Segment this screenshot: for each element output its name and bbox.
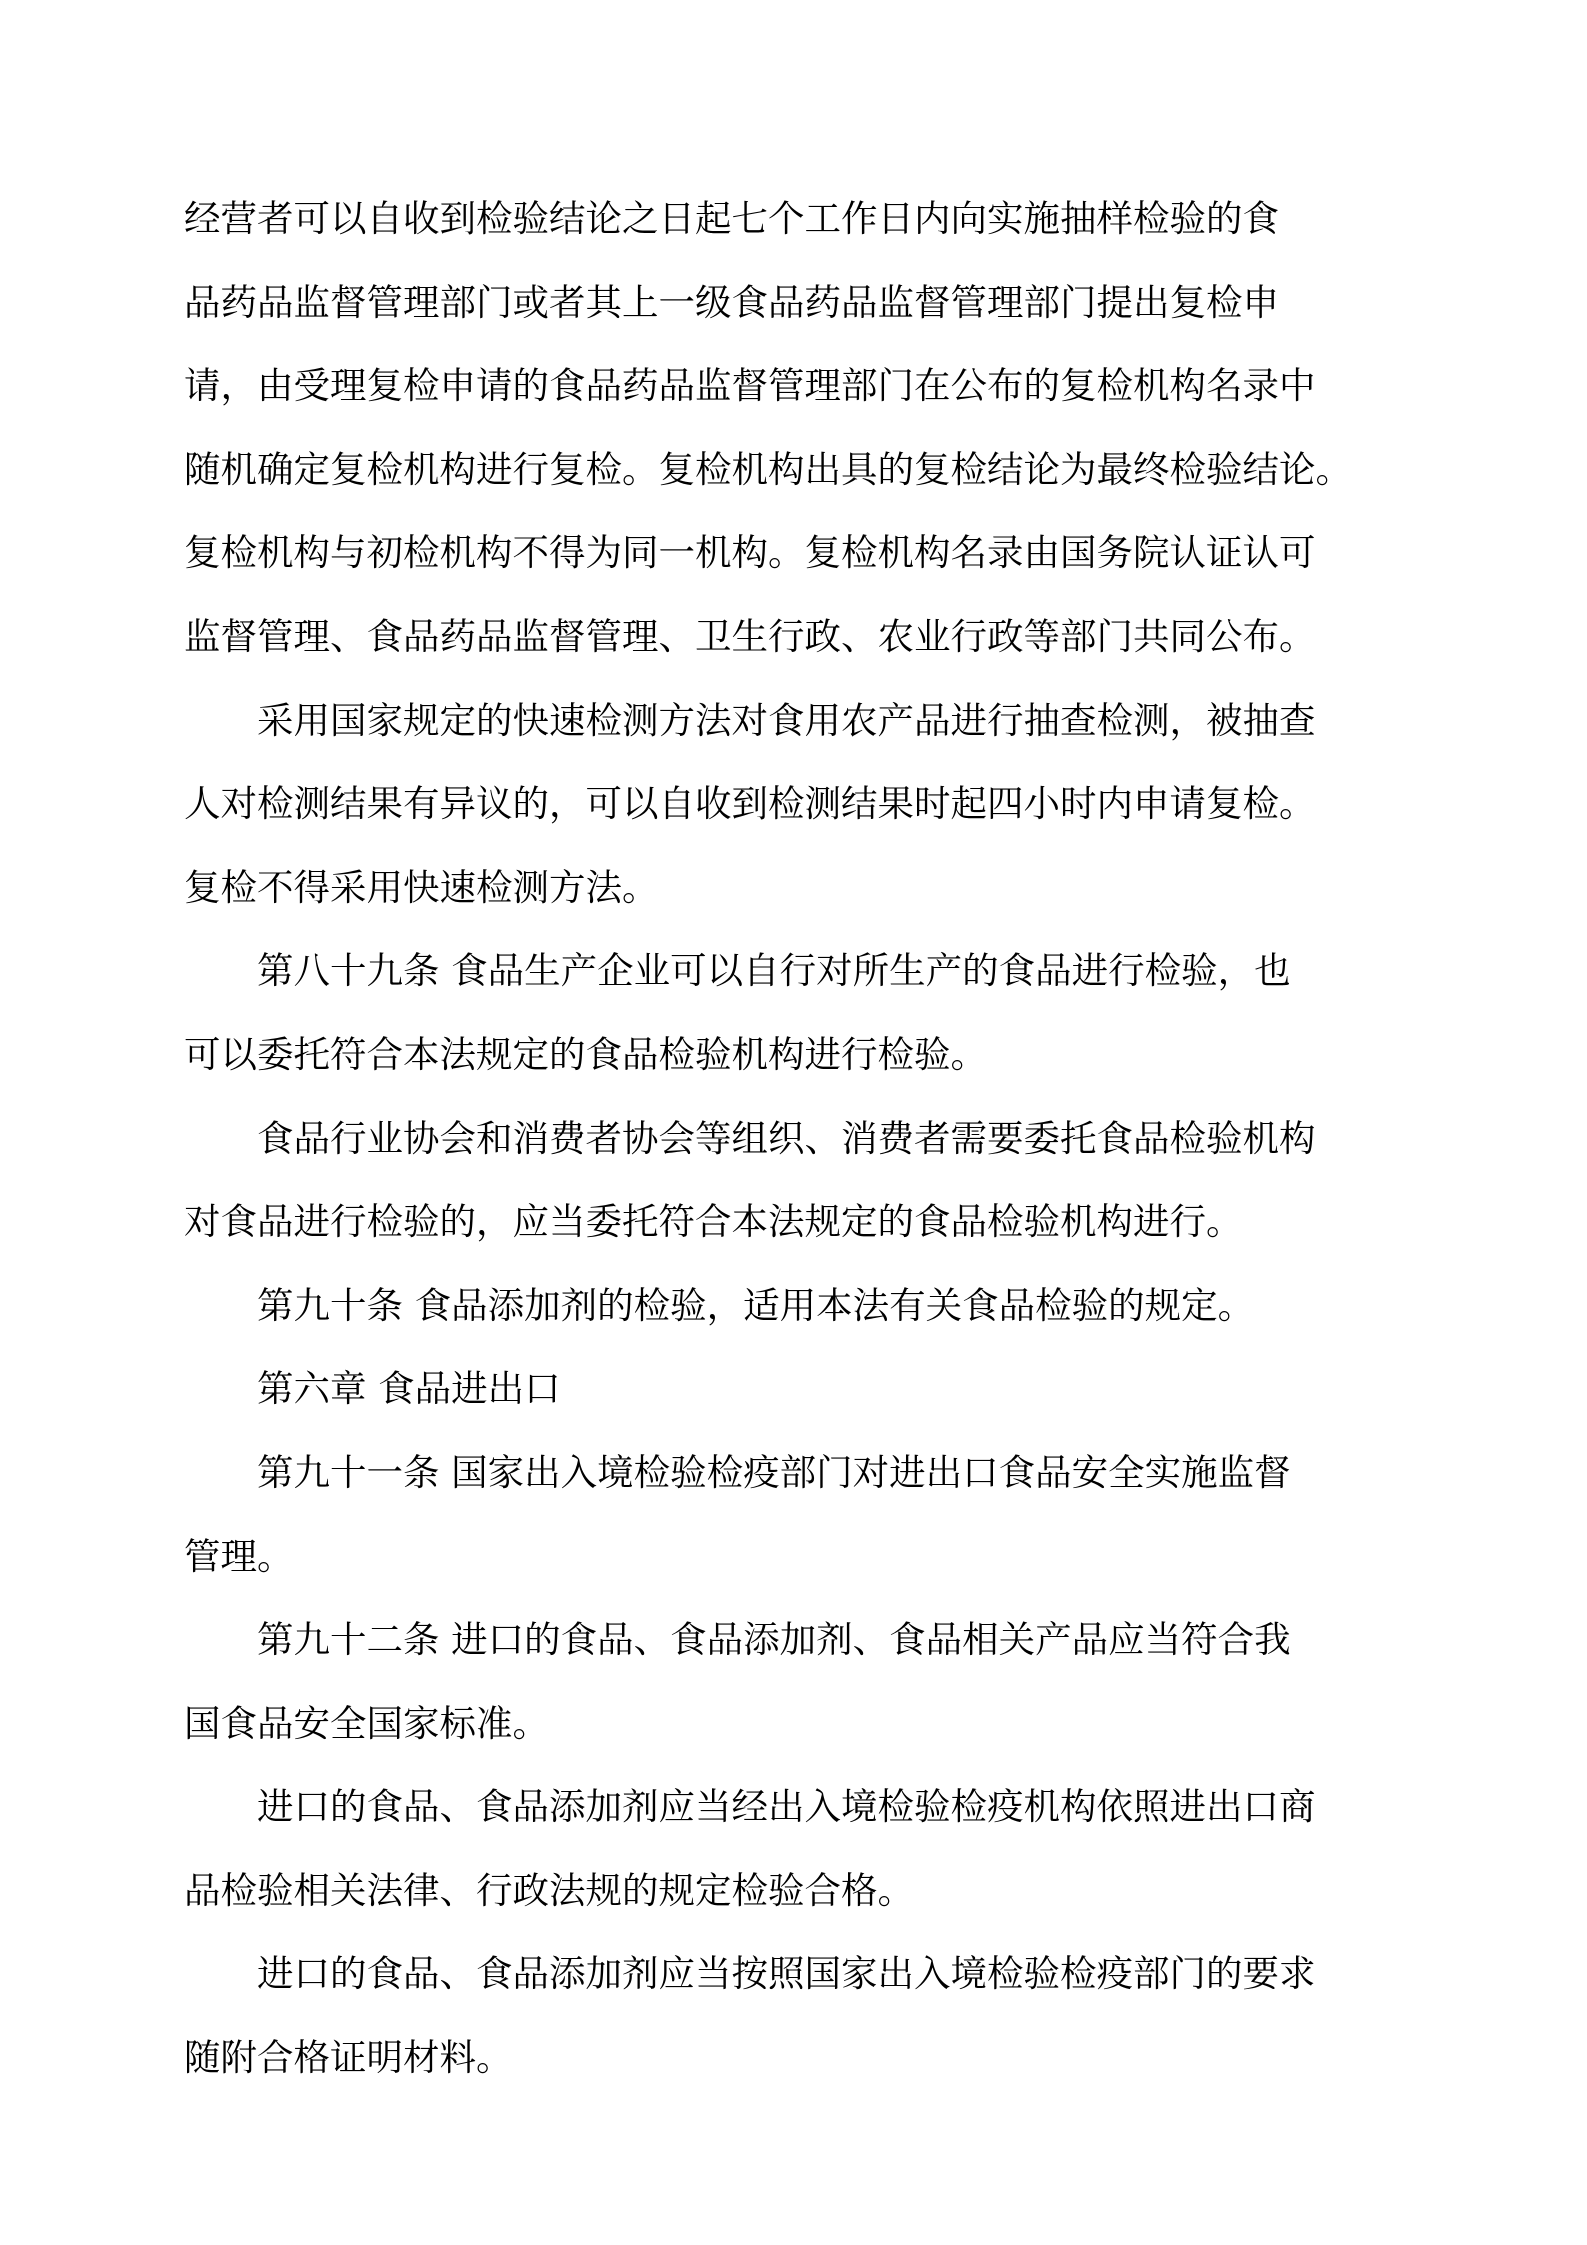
text-line-9: 复检不得采用快速检测方法。 <box>184 846 1406 930</box>
paragraph-rapid-testing: 采用国家规定的快速检测方法对食用农产品进行抽查检测，被抽查 <box>184 679 1406 763</box>
text-line-3: 请，由受理复检申请的食品药品监督管理部门在公布的复检机构名录中 <box>184 344 1406 428</box>
text-line-19: 国食品安全国家标准。 <box>184 1682 1406 1766</box>
text-line-6: 监督管理、食品药品监督管理、卫生行政、农业行政等部门共同公布。 <box>184 595 1406 679</box>
article-89-heading: 第八十九条 食品生产企业可以自行对所生产的食品进行检验，也 <box>184 929 1406 1013</box>
text-line-1: 经营者可以自收到检验结论之日起七个工作日内向实施抽样检验的食 <box>184 177 1406 261</box>
text-line-11: 可以委托符合本法规定的食品检验机构进行检验。 <box>184 1013 1406 1097</box>
text-line-13: 对食品进行检验的，应当委托符合本法规定的食品检验机构进行。 <box>184 1180 1406 1264</box>
paragraph-industry-associations: 食品行业协会和消费者协会等组织、消费者需要委托食品检验机构 <box>184 1097 1406 1181</box>
paragraph-import-inspection: 进口的食品、食品添加剂应当经出入境检验检疫机构依照进出口商 <box>184 1765 1406 1849</box>
paragraph-import-certificates: 进口的食品、食品添加剂应当按照国家出入境检验检疫部门的要求 <box>184 1932 1406 2016</box>
text-line-8: 人对检测结果有异议的，可以自收到检测结果时起四小时内申请复检。 <box>184 762 1406 846</box>
text-line-2: 品药品监督管理部门或者其上一级食品药品监督管理部门提出复检申 <box>184 261 1406 345</box>
document-page: 经营者可以自收到检验结论之日起七个工作日内向实施抽样检验的食 品药品监督管理部门… <box>184 177 1406 2100</box>
article-91-heading: 第九十一条 国家出入境检验检疫部门对进出口食品安全实施监督 <box>184 1431 1406 1515</box>
text-line-4: 随机确定复检机构进行复检。复检机构出具的复检结论为最终检验结论。 <box>184 428 1406 512</box>
text-line-21: 品检验相关法律、行政法规的规定检验合格。 <box>184 1849 1406 1933</box>
text-line-17: 管理。 <box>184 1515 1406 1599</box>
article-90-heading: 第九十条 食品添加剂的检验，适用本法有关食品检验的规定。 <box>184 1264 1406 1348</box>
article-92-heading: 第九十二条 进口的食品、食品添加剂、食品相关产品应当符合我 <box>184 1598 1406 1682</box>
text-line-23: 随附合格证明材料。 <box>184 2016 1406 2100</box>
text-line-5: 复检机构与初检机构不得为同一机构。复检机构名录由国务院认证认可 <box>184 511 1406 595</box>
chapter-6-heading: 第六章 食品进出口 <box>184 1347 1406 1431</box>
